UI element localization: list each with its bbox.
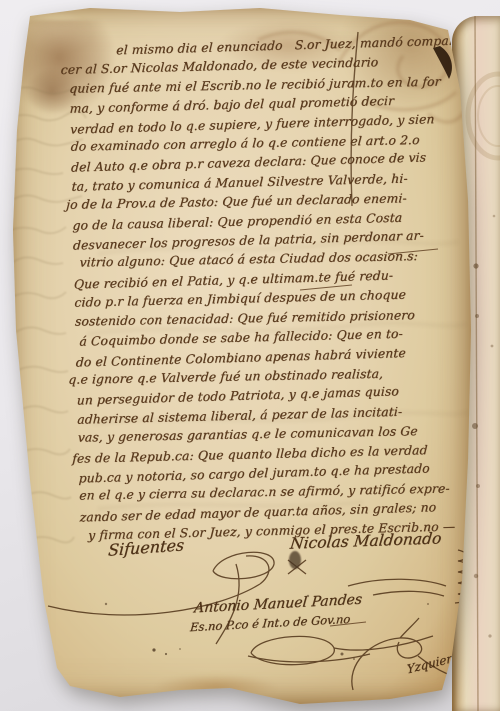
paper-sheet: el mismo dia el enunciado S.or Juez, man… [8,4,474,706]
manuscript-photograph: el mismo dia el enunciado S.or Juez, man… [0,0,500,711]
stamp-impression-inner [478,86,500,146]
maldonado-rubric [348,550,468,603]
manuscript-page: el mismo dia el enunciado S.or Juez, man… [8,4,474,706]
manuscript-text: el mismo dia el enunciado S.or Juez, man… [60,32,478,546]
scribe-rubric [248,636,433,665]
manuscript-lines: el mismo dia el enunciado S.or Juez, man… [60,32,478,546]
ink-smudge [289,551,301,569]
